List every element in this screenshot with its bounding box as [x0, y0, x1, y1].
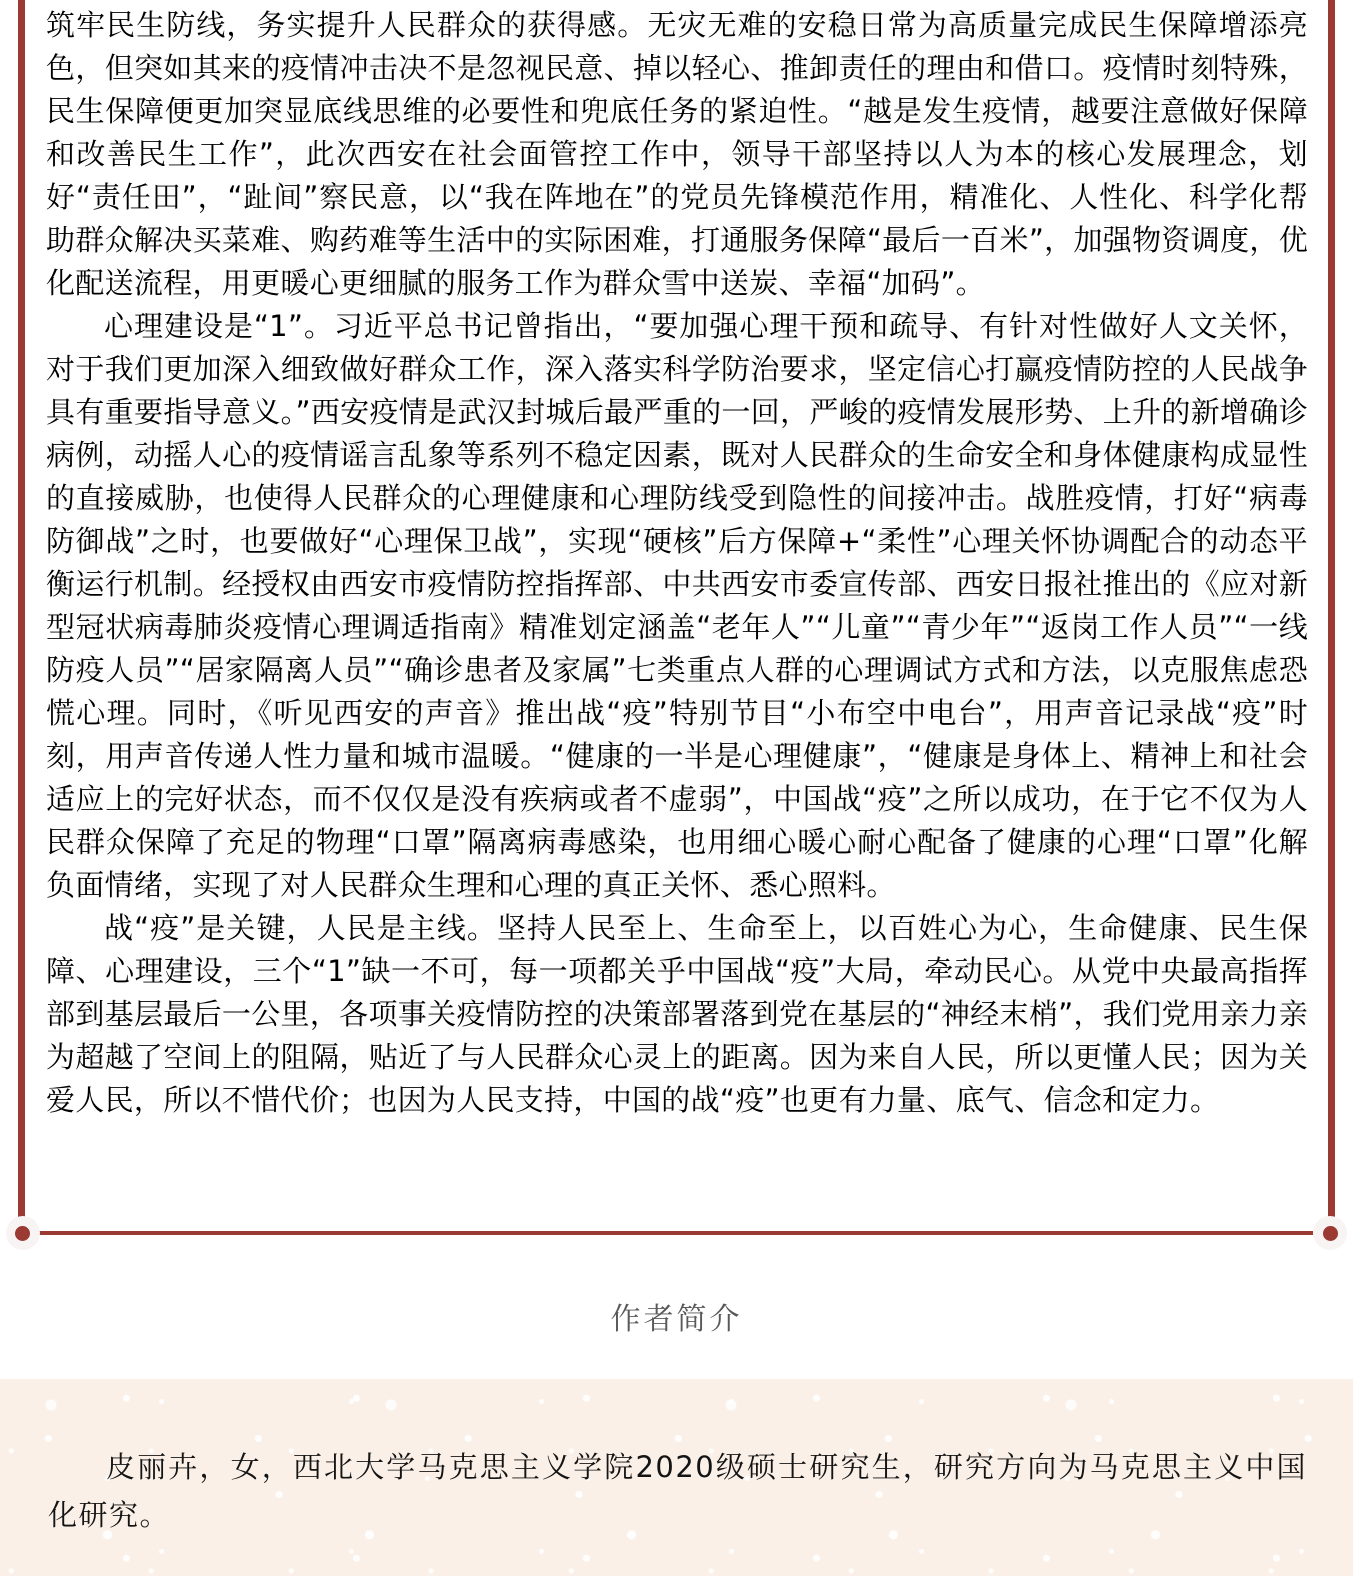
divider-dot-left — [15, 1226, 30, 1241]
article-body: 筑牢民生防线，务实提升人民群众的获得感。无灾无难的安稳日常为高质量完成民生保障增… — [46, 4, 1308, 1122]
author-bio-box: 皮丽卉，女，西北大学马克思主义学院2020级硕士研究生，研究方向为马克思主义中国… — [0, 1379, 1353, 1576]
article-paragraph-1: 筑牢民生防线，务实提升人民群众的获得感。无灾无难的安稳日常为高质量完成民生保障增… — [46, 4, 1308, 305]
author-section-title: 作者简介 — [0, 1300, 1353, 1340]
article-page: 筑牢民生防线，务实提升人民群众的获得感。无灾无难的安稳日常为高质量完成民生保障增… — [0, 0, 1353, 1576]
article-paragraph-2: 心理建设是“1”。习近平总书记曾指出，“要加强心理干预和疏导、有针对性做好人文关… — [46, 305, 1308, 907]
frame-border-right — [1328, 0, 1335, 1218]
frame-border-left — [18, 0, 25, 1218]
article-paragraph-3: 战“疫”是关键，人民是主线。坚持人民至上、生命至上，以百姓心为心，生命健康、民生… — [46, 907, 1308, 1122]
divider-dot-right — [1323, 1226, 1338, 1241]
divider-line — [38, 1231, 1313, 1235]
author-bio-text: 皮丽卉，女，西北大学马克思主义学院2020级硕士研究生，研究方向为马克思主义中国… — [48, 1443, 1307, 1539]
